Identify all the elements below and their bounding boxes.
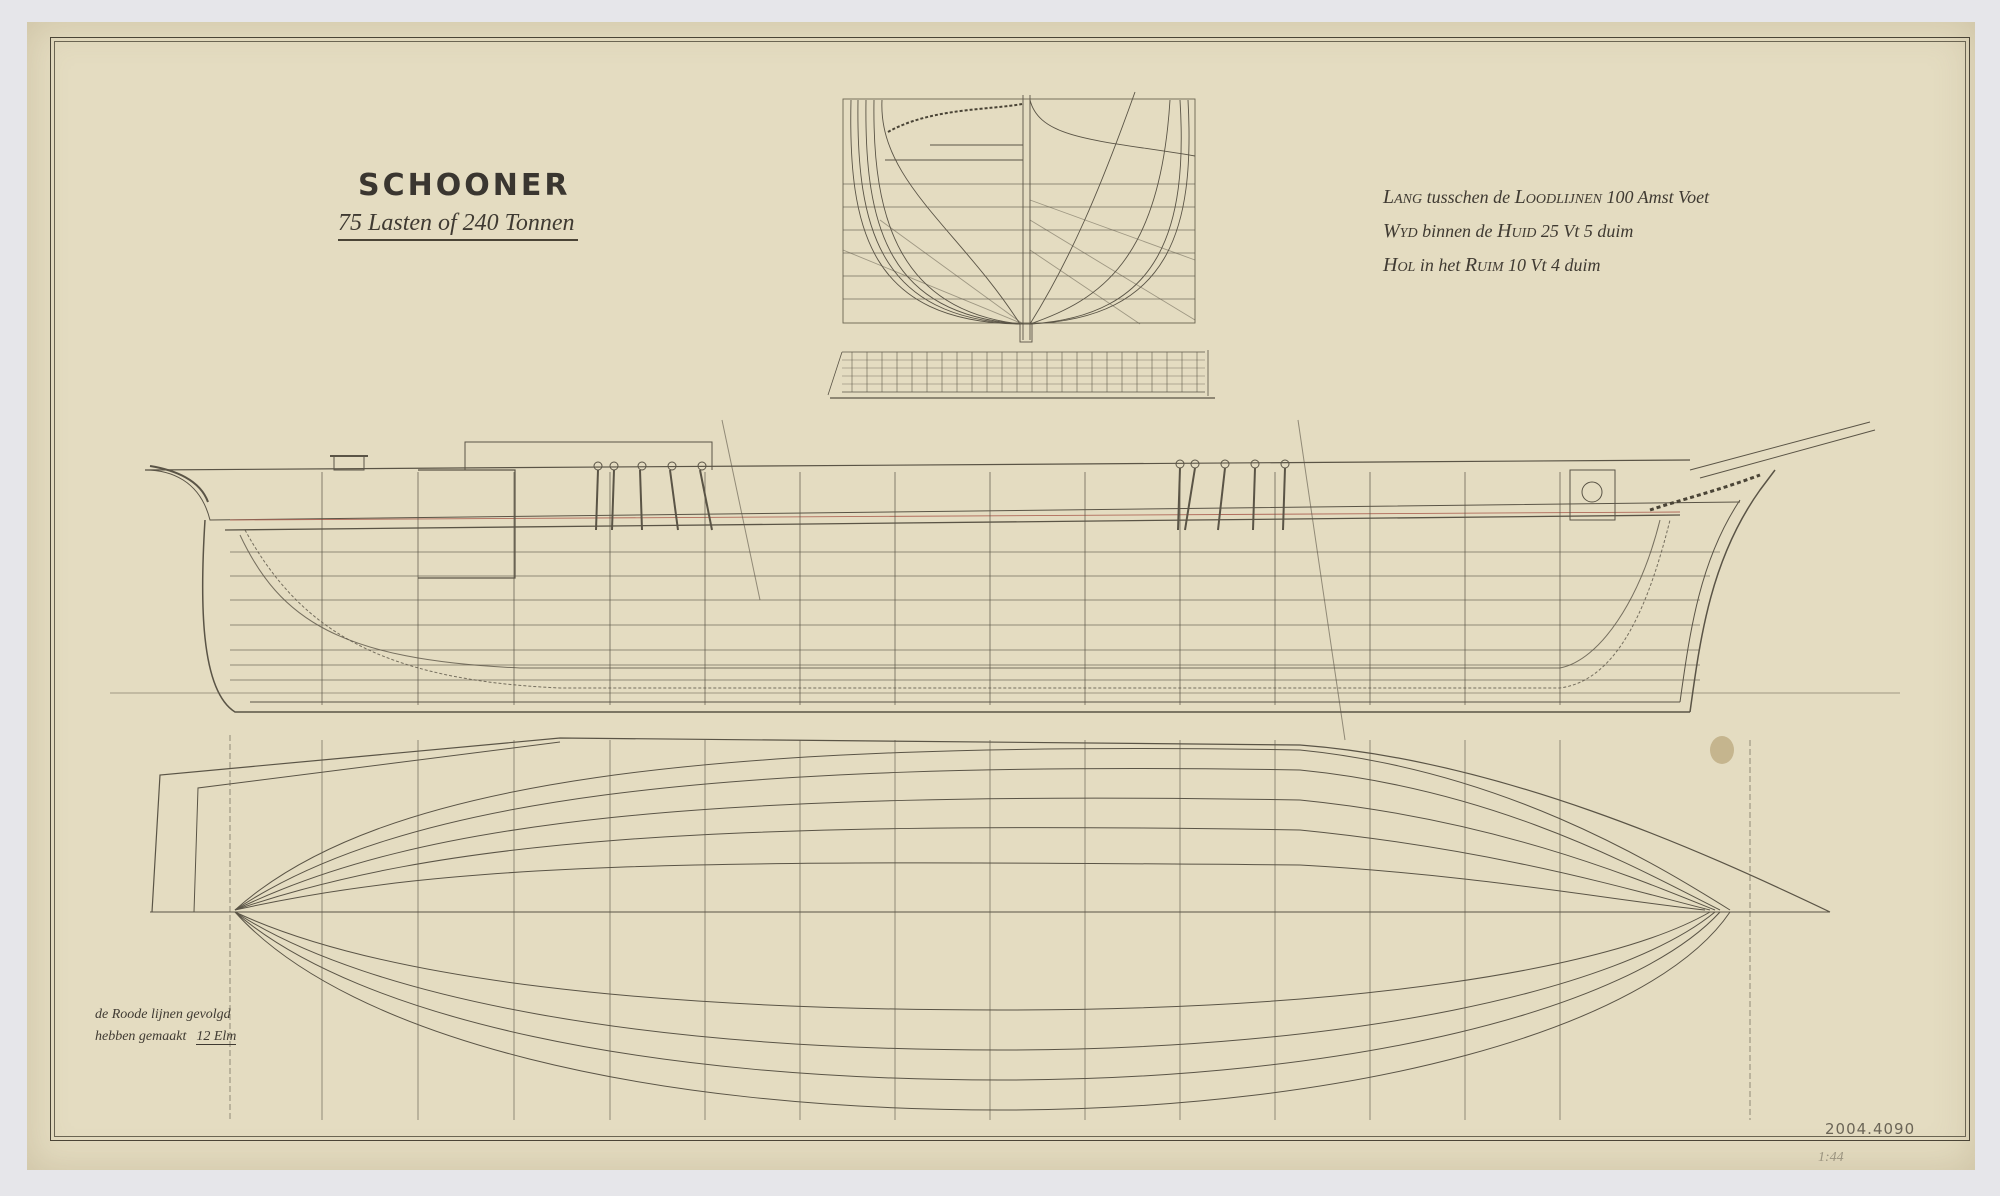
pencil-mark: 1:44 (1818, 1150, 1844, 1166)
scale-note: 12 Elm (196, 1029, 236, 1045)
handwritten-note: de Roode lijnen gevolgd hebben gemaakt12… (95, 1004, 236, 1048)
inventory-number: 2004.4090 (1825, 1120, 1915, 1138)
spec-width: Wyd binnen de Huid 25 Vt 5 duim (1383, 220, 1709, 254)
scale-bar (828, 350, 1215, 398)
sheer-plan (110, 420, 1900, 740)
spec-depth: Hol in het Ruim 10 Vt 4 duim (1383, 254, 1709, 288)
ship-drawing (0, 0, 2000, 1196)
ink-stain (1710, 736, 1734, 764)
spec-length: Lang tusschen de Loodlijnen 100 Amst Voe… (1383, 186, 1709, 220)
half-breadth-plan (150, 735, 1830, 1120)
specifications: Lang tusschen de Loodlijnen 100 Amst Voe… (1383, 186, 1709, 288)
body-plan (843, 92, 1195, 342)
document-title: SCHOONER (358, 168, 570, 203)
document-subtitle: 75 Lasten of 240 Tonnen (338, 210, 578, 241)
